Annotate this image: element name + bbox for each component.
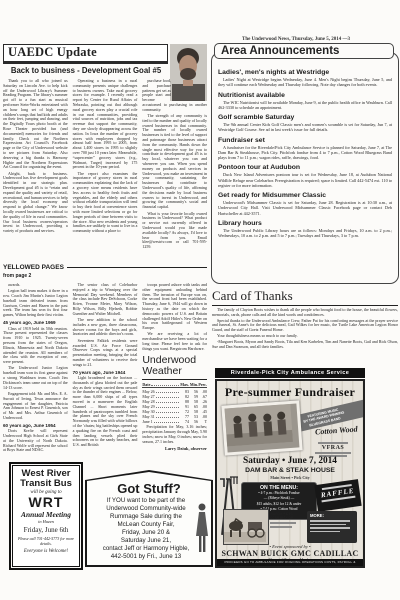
uaedc-article: Thank you to all who joined us Saturday … — [3, 79, 207, 260]
paragraph: The strength of any community is tied to… — [142, 114, 207, 210]
paragraph: Seventeen Falkirk residents were awarded… — [73, 339, 138, 368]
dot-leader — [156, 407, 179, 408]
announcement-heading: Nutritionist available — [218, 92, 392, 99]
announcement-body: Duck New Island Adventures pontoon tour … — [218, 172, 392, 188]
paragraph: Light broadened on the horizon ... thous… — [73, 376, 138, 448]
fine-print-bar — [310, 531, 340, 533]
weather-notes: Precipitation for May, 3.16 inches; prec… — [142, 425, 207, 444]
fine-print-bar — [315, 452, 351, 454]
fine-print-bar — [310, 520, 350, 522]
article-column-2: Operating a business in a rural communit… — [73, 79, 138, 260]
band-name: Cotton Wood — [315, 425, 358, 437]
wagon-caption: WAGON RIDES COURTESY OF — [270, 512, 304, 529]
card-of-thanks-title: Card of Thanks — [212, 288, 398, 306]
article-column-3: purchase food, and purchase patterns get… — [142, 79, 207, 260]
paragraph: Special thanks to the Underwood Ambulanc… — [212, 319, 398, 333]
dot-leader — [156, 397, 179, 398]
card-of-thanks-body: The family of Clayton Boots wishes to th… — [212, 308, 398, 349]
announcement-body: Ladies' Night at Westridge begins Wednes… — [218, 77, 392, 88]
article-subhead: Back to business - Development Goal #5 — [3, 66, 169, 75]
yellowed-column-3-text: troops poured ashore with tanks and othe… — [142, 283, 207, 352]
dot-leader — [154, 422, 179, 423]
announcement-heading: Golf scramble Saturday — [218, 114, 392, 121]
area-announcements-box: Ladies', men's nights at Westridge Ladie… — [211, 52, 399, 284]
col-header-min: Min. — [189, 382, 198, 387]
dot-leader — [156, 392, 179, 393]
weather-table-header: Date Max. Min. Prec. — [142, 382, 207, 388]
poster-body: FEATURING MUSIC BY THE AWARD WINNING BLU… — [215, 379, 365, 568]
photo-spacer — [171, 79, 207, 102]
fine-print-bar — [270, 522, 296, 524]
paragraph: The senior class of Coleharbor enjoyed a… — [73, 283, 138, 317]
more-sign: MORE: — [307, 511, 357, 543]
paragraph: Operating a business in a rural communit… — [73, 79, 138, 170]
announcement-body: The Underwood Public Library hours are a… — [218, 228, 392, 239]
newspaper-page: The Underwood News, Thursday, June 5, 20… — [0, 0, 400, 600]
fundraiser-poster-ad: Riverdale-Pick City Ambulance Service FE… — [215, 368, 365, 570]
paragraph: -Margaret Boots, Myron and Sandy Boots, … — [212, 340, 398, 350]
announcement-item: Fundraiser set A fundraiser for the Rive… — [218, 137, 392, 161]
mannequin-graphic — [194, 502, 210, 562]
paragraph: Doris Krefte will represent Underwood Hi… — [3, 429, 68, 453]
article-column-1: Thank you to all who joined us Saturday … — [3, 79, 68, 260]
raffle-badge: RAFFLE — [314, 479, 361, 512]
west-river-transit-ad: West River Transit Bus will be going to … — [12, 465, 80, 567]
paragraph: Legion ball team makes it three in a row… — [3, 289, 68, 318]
poster-venue: DAM BAR & STEAK HOUSE — [217, 467, 363, 474]
proceeds-strip: PROCEEDS GO TO AMBULANCE FOR ONGOING OPE… — [217, 559, 363, 566]
yellowed-pages-header: YELLOWED PAGES — [3, 264, 207, 271]
paragraph: Engagement told: Mr. and Mrs. E. A. Surr… — [3, 392, 68, 421]
weather-row: June 1 7456T — [142, 419, 207, 424]
got-stuff-headline: Got Stuff? — [87, 481, 211, 496]
dot-leader — [151, 385, 179, 386]
ad-headline: Transit Bus — [13, 479, 79, 489]
announcement-list: Ladies', men's nights at Westridge Ladie… — [212, 53, 398, 240]
ad-text: in Hazen — [13, 519, 79, 524]
sponsor-name: SCHWAN BUICK GMC CADILLAC — [217, 549, 363, 558]
announcement-heading: Pontoon tour at Audubon — [218, 164, 392, 171]
announcement-body: The WIC Nutritionist will be available M… — [218, 100, 392, 111]
paragraph: The new addition to the school includes … — [73, 318, 138, 337]
announcement-item: Golf scramble Saturday The 9th annual Ce… — [218, 114, 392, 133]
yellowed-pages-title: YELLOWED PAGES — [3, 264, 64, 271]
ad-date: Friday, June 6th — [13, 526, 79, 534]
announcement-body: Underwood's Midsummer Classic is set for… — [218, 200, 392, 216]
got-stuff-ad: Got Stuff? If YOU want to be part of the… — [85, 470, 213, 567]
col-header-prec: Prec. — [198, 382, 207, 387]
paragraph: The family of Clayton Boots wishes to th… — [212, 308, 398, 318]
got-stuff-body: If YOU want to be part of the Underwood … — [87, 497, 211, 561]
got-stuff-inner: Got Stuff? If YOU want to be part of the… — [87, 472, 211, 565]
ad-text: Everyone is Welcome! — [13, 549, 79, 554]
announcement-item: Pontoon tour at Audubon Duck New Island … — [218, 164, 392, 188]
fine-print-bar — [270, 526, 292, 528]
uaedc-title-box: UAEDC Update — [3, 44, 168, 64]
yellowed-pages-continued: from page 2 — [3, 273, 31, 279]
announcement-body: A fundraiser for the Riverdale/Pick City… — [218, 145, 392, 161]
paragraph: The report also examines the importance … — [73, 172, 138, 234]
announcement-heading: Get ready for Midsummer Classic — [218, 192, 392, 199]
paragraph: What is your favorite locally owned busi… — [142, 212, 207, 250]
paragraph: Alright, back to business. Underwood has… — [3, 172, 68, 234]
paragraph: The Underwood Junior Legion baseball tea… — [3, 366, 68, 390]
poster-date: Saturday • June 7, 2014 — [217, 456, 363, 466]
dot-leader — [156, 412, 179, 413]
wrt-wordmark: WRT — [13, 495, 79, 510]
poster-title: Pre-summer Fundraiser — [217, 385, 363, 400]
poster-banner: Riverdale-Pick City Ambulance Service — [215, 368, 365, 378]
paragraph: We are receiving a lot of merchandise we… — [142, 332, 207, 351]
announcement-item: Ladies', men's nights at Westridge Ladie… — [218, 69, 392, 88]
announcement-item: Get ready for Midsummer Classic Underwoo… — [218, 192, 392, 216]
yellowed-column-3: troops poured ashore with tanks and othe… — [142, 283, 207, 463]
wagon-rides-photo — [223, 509, 269, 545]
horizontal-rule — [67, 267, 207, 268]
announcement-item: Library hours The Underwood Public Libra… — [218, 220, 392, 239]
ad-text: Annual Meeting — [13, 510, 79, 519]
ad-phone-note: Please call 701-442-5773 for more detail… — [13, 536, 79, 546]
uaedc-title: UAEDC Update — [4, 45, 167, 60]
paragraph: awards. — [3, 283, 68, 288]
paragraph: Thank you to all who joined us Saturday … — [3, 79, 68, 170]
area-announcements-title: Area Announcements — [214, 43, 394, 59]
announcement-item: Nutritionist available The WIC Nutrition… — [218, 92, 392, 111]
weather-box: Underwood Weather Date Max. Min. Prec. M… — [142, 355, 207, 452]
announcement-body: The 9th annual Center Kids Golf Classic … — [218, 122, 392, 133]
announcement-heading: Library hours — [218, 220, 392, 227]
col-header-date: Date — [142, 382, 150, 387]
fine-print-bar — [310, 524, 346, 526]
dot-leader — [156, 402, 179, 403]
page-folio: The Underwood News, Thursday, June 5, 20… — [210, 37, 350, 42]
paragraph: Class of 1919 held its 50th reunion. Tho… — [3, 327, 68, 365]
yellowed-column-2: The senior class of Coleharbor enjoyed a… — [73, 283, 138, 463]
dot-leader — [156, 417, 179, 418]
yellowed-pages-section: awards. Legion ball team makes it three … — [3, 283, 207, 463]
yellowed-column-1: awards. Legion ball team makes it three … — [3, 283, 68, 463]
fine-print-bar — [318, 442, 348, 444]
weather-title: Underwood Weather — [142, 355, 207, 380]
announcement-heading: Fundraiser set — [218, 137, 392, 144]
card-of-thanks: Card of Thanks The family of Clayton Boo… — [212, 288, 398, 366]
fine-print-bar — [310, 527, 350, 529]
weather-title-line2: Weather — [142, 366, 207, 377]
weather-observer: Larry Dziuk, observer — [142, 446, 207, 451]
announcement-heading: Ladies', men's nights at Westridge — [218, 69, 392, 76]
paragraph: troops poured ashore with tanks and othe… — [142, 283, 207, 331]
band-photo — [221, 400, 302, 455]
col-header-max: Max. — [180, 382, 189, 387]
decade-heading: 45 years ago, June 1969 — [3, 320, 68, 326]
